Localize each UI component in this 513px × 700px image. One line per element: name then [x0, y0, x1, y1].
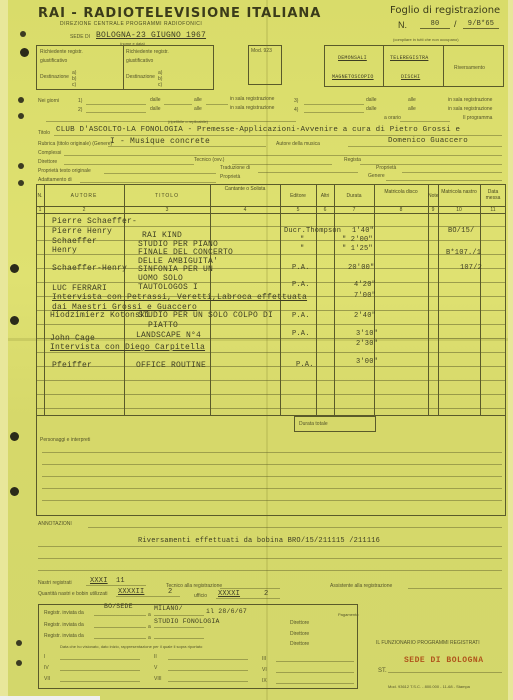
date-row-num: 3) — [294, 98, 298, 104]
col-header-autore: AUTORE — [44, 193, 124, 199]
ufficio-label: ufficio — [194, 593, 207, 599]
number-label: N. — [398, 20, 407, 30]
personaggi-box — [36, 416, 506, 516]
status-dischi: DISCHI — [401, 74, 420, 80]
reg-row-a: a — [148, 612, 151, 618]
roman-numeral: III — [262, 656, 266, 662]
col-number: 6 — [316, 207, 334, 213]
reg-row-to: STUDIO FONOLOGIA — [154, 618, 220, 625]
status-magnetoscopio: MAGNETOSCOPIO — [332, 74, 374, 80]
reg-row-label: Registr. inviata da — [44, 633, 84, 639]
binder-hole — [18, 97, 24, 103]
col-number: 1 — [36, 207, 44, 213]
binder-hole — [20, 48, 29, 57]
col-header-note: Note — [428, 193, 438, 199]
destination-items: a)b)c) — [158, 70, 162, 88]
quantita-value: XXXXII — [118, 588, 144, 596]
org-subtitle: DIREZIONE CENTRALE PROGRAMMI RADIOFONICI — [60, 21, 202, 27]
tecnico-label: Tecnico (ovv.) — [194, 157, 224, 163]
number-value: 80 — [420, 20, 450, 29]
dates-hint: (ripetibile o replicabile) — [168, 119, 208, 124]
roman-numeral: VIII — [154, 676, 162, 682]
mod-box: Mod. 923 — [248, 45, 282, 85]
side-box-item: Direttore — [290, 631, 309, 637]
reg-row-to: MILANO/ — [154, 605, 183, 612]
roman-numeral: V — [154, 665, 157, 671]
quantita-count: 2 — [168, 588, 172, 596]
binder-hole — [18, 113, 24, 119]
side-box-item: Direttore — [290, 641, 309, 647]
ufficio-count: 2 — [264, 590, 268, 598]
annotazioni-text: Riversamenti effettuati da bobina BRO/15… — [138, 537, 380, 545]
sede-stamp: SEDE DI BOLOGNA — [404, 656, 484, 665]
roman-numeral: I — [44, 654, 45, 660]
quantita-label: Quantità nastri e bobin utilizzati — [38, 591, 107, 597]
registration-sheet: RAI - RADIOTELEVISIONE ITALIANA DIREZION… — [8, 0, 508, 700]
in-sala-label: in sala registrazione — [230, 96, 274, 102]
titolo-label: Titolo — [38, 130, 50, 136]
sede-label: SEDE DI — [70, 34, 90, 40]
regista-label: Regista — [344, 157, 361, 163]
direttore-label: Direttore — [38, 159, 57, 165]
org-title: RAI - RADIOTELEVISIONE ITALIANA — [38, 6, 321, 21]
col-header-cantante: Cantante o Solista — [216, 186, 274, 192]
reg-row-date: il 28/6/67 — [206, 608, 247, 615]
date-row-num: 1) — [78, 98, 82, 104]
adattamento-label: Adattamento di — [38, 177, 72, 183]
alle-label: alle — [408, 106, 416, 112]
reg-row-from: BO/SEDE — [104, 603, 133, 610]
roman-numeral: IX — [262, 678, 267, 684]
alle-label: alle — [408, 97, 416, 103]
binder-hole — [20, 31, 26, 37]
binder-hole — [10, 264, 19, 273]
dalle-label: dalle — [150, 106, 161, 112]
proprieta2-label: Proprietà — [376, 165, 396, 171]
col-number: 4 — [210, 207, 280, 213]
col-number: 7 — [334, 207, 374, 213]
ufficio-value: XXXXI — [218, 590, 240, 598]
in-sala-label: in sala registrazione — [448, 97, 492, 103]
programme-label: Il programma — [463, 115, 492, 121]
alle-label: alle — [194, 106, 202, 112]
binder-hole — [10, 487, 19, 496]
rubrica-label: Rubrica (titolo originale) (Genere) — [38, 141, 112, 147]
in-sala-label: in sala registrazione — [448, 106, 492, 112]
sheet-title: Foglio di registrazione — [390, 5, 500, 16]
titolo-value: CLUB D'ASCOLTO-LA FONOLOGIA - Premesse-A… — [56, 126, 460, 134]
number-note: (compilare in tutti che non occupano) — [393, 37, 459, 42]
traduzione-label: Traduzione di — [220, 165, 250, 171]
side-box-title: Pagamento — [338, 612, 358, 617]
roman-numeral: VI — [262, 667, 267, 673]
col-header-n: N. — [36, 193, 44, 199]
request-title: Richiedente registr. — [126, 49, 169, 55]
col-header-durata: Durata — [334, 193, 374, 199]
annotazioni-label: ANNOTAZIONI — [38, 521, 72, 527]
number-suffix: 9/B*65 — [463, 20, 499, 29]
alle-label: alle — [194, 97, 202, 103]
col-header-matricola-nastro: Matricola nastro — [438, 189, 480, 195]
signoff-label: IL FUNZIONARIO PROGRAMMI REGISTRATI — [376, 640, 480, 646]
number-slash: / — [454, 19, 457, 29]
col-number: 2 — [44, 207, 124, 213]
request-sub: giustificativo — [126, 58, 169, 64]
request-title: Richiedente registr. — [40, 49, 83, 55]
dalle-label: dalle — [150, 97, 161, 103]
proprieta-label: Proprietà testo originale — [38, 168, 91, 174]
nastri-label: Nastri registrati — [38, 580, 72, 586]
sede-value: BOLOGNA-23 GIUGNO 1967 — [96, 31, 206, 40]
printer-info: Mod. 93612 T.S.C. - 800.000 - 11-68 - St… — [388, 684, 470, 689]
reg-row-a: a — [148, 624, 151, 630]
binder-hole — [10, 432, 19, 441]
date-row-num: 2) — [78, 107, 82, 113]
request-sub: giustificativo — [40, 58, 83, 64]
in-sala-label: in sala registrazione — [230, 105, 274, 111]
nastri-value: XXXI — [90, 577, 108, 585]
signature-prefix: ST. — [378, 668, 387, 674]
rubrica-value: I - Musique concrete — [110, 137, 210, 146]
dalle-label: dalle — [366, 106, 377, 112]
personaggi-label: Personaggi e interpreti — [40, 437, 90, 443]
col-number: 8 — [374, 207, 428, 213]
col-number: 9 — [428, 207, 438, 213]
roman-numeral: II — [154, 654, 157, 660]
col-header-editore: Editore — [280, 193, 316, 199]
autore-musica-value: Domenico Guaccero — [388, 137, 468, 145]
nastri-count: 11 — [116, 577, 125, 585]
binder-hole — [18, 180, 24, 186]
binder-hole — [16, 660, 22, 666]
status-teleregistra: TELEREGISTRA — [390, 55, 428, 61]
col-number: 11 — [480, 207, 506, 213]
genere-label: Genere — [368, 173, 385, 179]
reg-note: Data che ho visionato, dato inizio, rapp… — [60, 644, 202, 649]
reg-row-label: Registr. inviata da — [44, 622, 84, 628]
roman-numeral: VII — [44, 676, 50, 682]
autore-musica-label: Autore della musica — [276, 141, 320, 147]
dalle-label: dalle — [366, 97, 377, 103]
destination-items: a)b)c) — [72, 70, 76, 88]
proprieta2-label: Proprietà — [220, 174, 240, 180]
status-demonsali: DEMONSALI — [338, 55, 367, 61]
side-box-item: Direttore — [290, 620, 309, 626]
col-number: 10 — [438, 207, 480, 213]
date-row-num: 4) — [294, 107, 298, 113]
binder-hole — [16, 640, 22, 646]
col-header-matricola-disco: Matricola disco — [374, 189, 428, 195]
dates-label: Nei giorni — [38, 98, 59, 104]
col-number: 3 — [124, 207, 210, 213]
complessi-label: Complessi — [38, 150, 61, 156]
col-header-data: Data messa — [480, 189, 506, 201]
roman-numeral: IV — [44, 665, 49, 671]
status-riversamento: Riversamento — [454, 65, 485, 71]
reg-row-label: Registr. inviata da — [44, 610, 84, 616]
tecnico-registrazione-label: Tecnico alla registrazione — [166, 583, 222, 589]
col-number: 5 — [280, 207, 316, 213]
reg-row-a: a — [148, 635, 151, 641]
binder-hole — [10, 316, 19, 325]
binder-hole — [18, 163, 24, 169]
a-ora-label: a orario — [384, 115, 401, 121]
assistente-label: Assistente alla registrazione — [330, 583, 392, 589]
col-header-titolo: TITOLO — [124, 193, 210, 199]
backdrop — [0, 696, 100, 700]
col-header-altri: Altri — [316, 193, 334, 199]
